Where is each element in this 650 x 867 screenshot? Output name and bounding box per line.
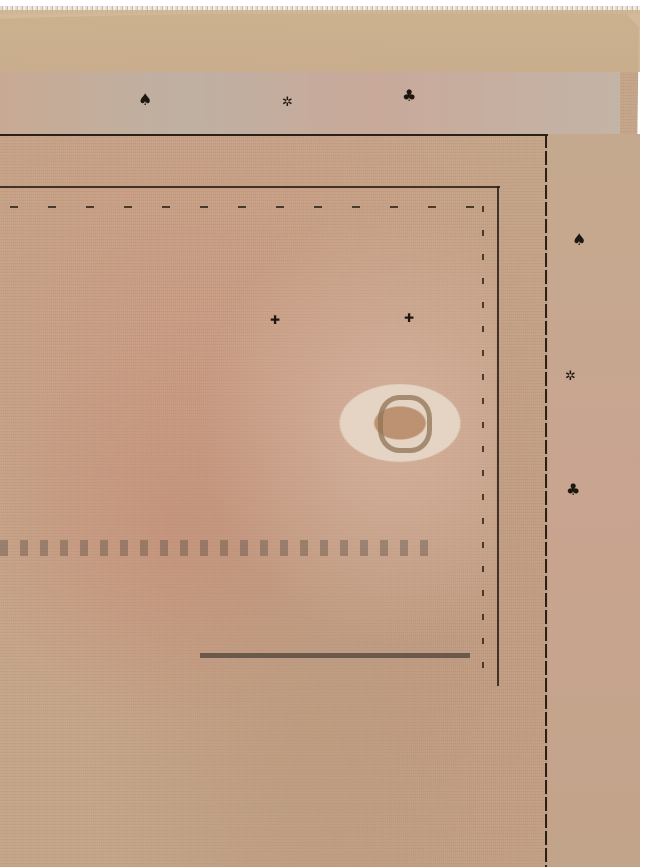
border-outline-right bbox=[545, 134, 547, 867]
field-outline-top bbox=[0, 186, 500, 188]
border-motif-icon: ♣ bbox=[402, 88, 416, 104]
medallion-core-motif bbox=[378, 395, 432, 453]
border-outline-top bbox=[0, 134, 548, 136]
main-border-right bbox=[548, 134, 640, 867]
outer-guard-border bbox=[0, 10, 640, 72]
dashed-guard-top bbox=[10, 206, 480, 208]
border-flower-icon: ✲ bbox=[282, 96, 293, 109]
main-border-top bbox=[0, 72, 620, 134]
dashed-guard-right bbox=[482, 206, 484, 676]
motif-row-line bbox=[200, 653, 470, 658]
border-motif-icon: ♠ bbox=[572, 232, 586, 248]
field-motif-icon: ✚ bbox=[404, 312, 414, 324]
motif-row-band bbox=[0, 540, 430, 556]
border-flower-icon: ✲ bbox=[565, 370, 576, 383]
field-outline-right bbox=[497, 186, 499, 686]
field-motif-icon: ✚ bbox=[270, 314, 280, 326]
border-motif-icon: ♠ bbox=[138, 92, 152, 108]
rug-field bbox=[0, 188, 496, 867]
border-motif-icon: ♣ bbox=[566, 482, 580, 498]
